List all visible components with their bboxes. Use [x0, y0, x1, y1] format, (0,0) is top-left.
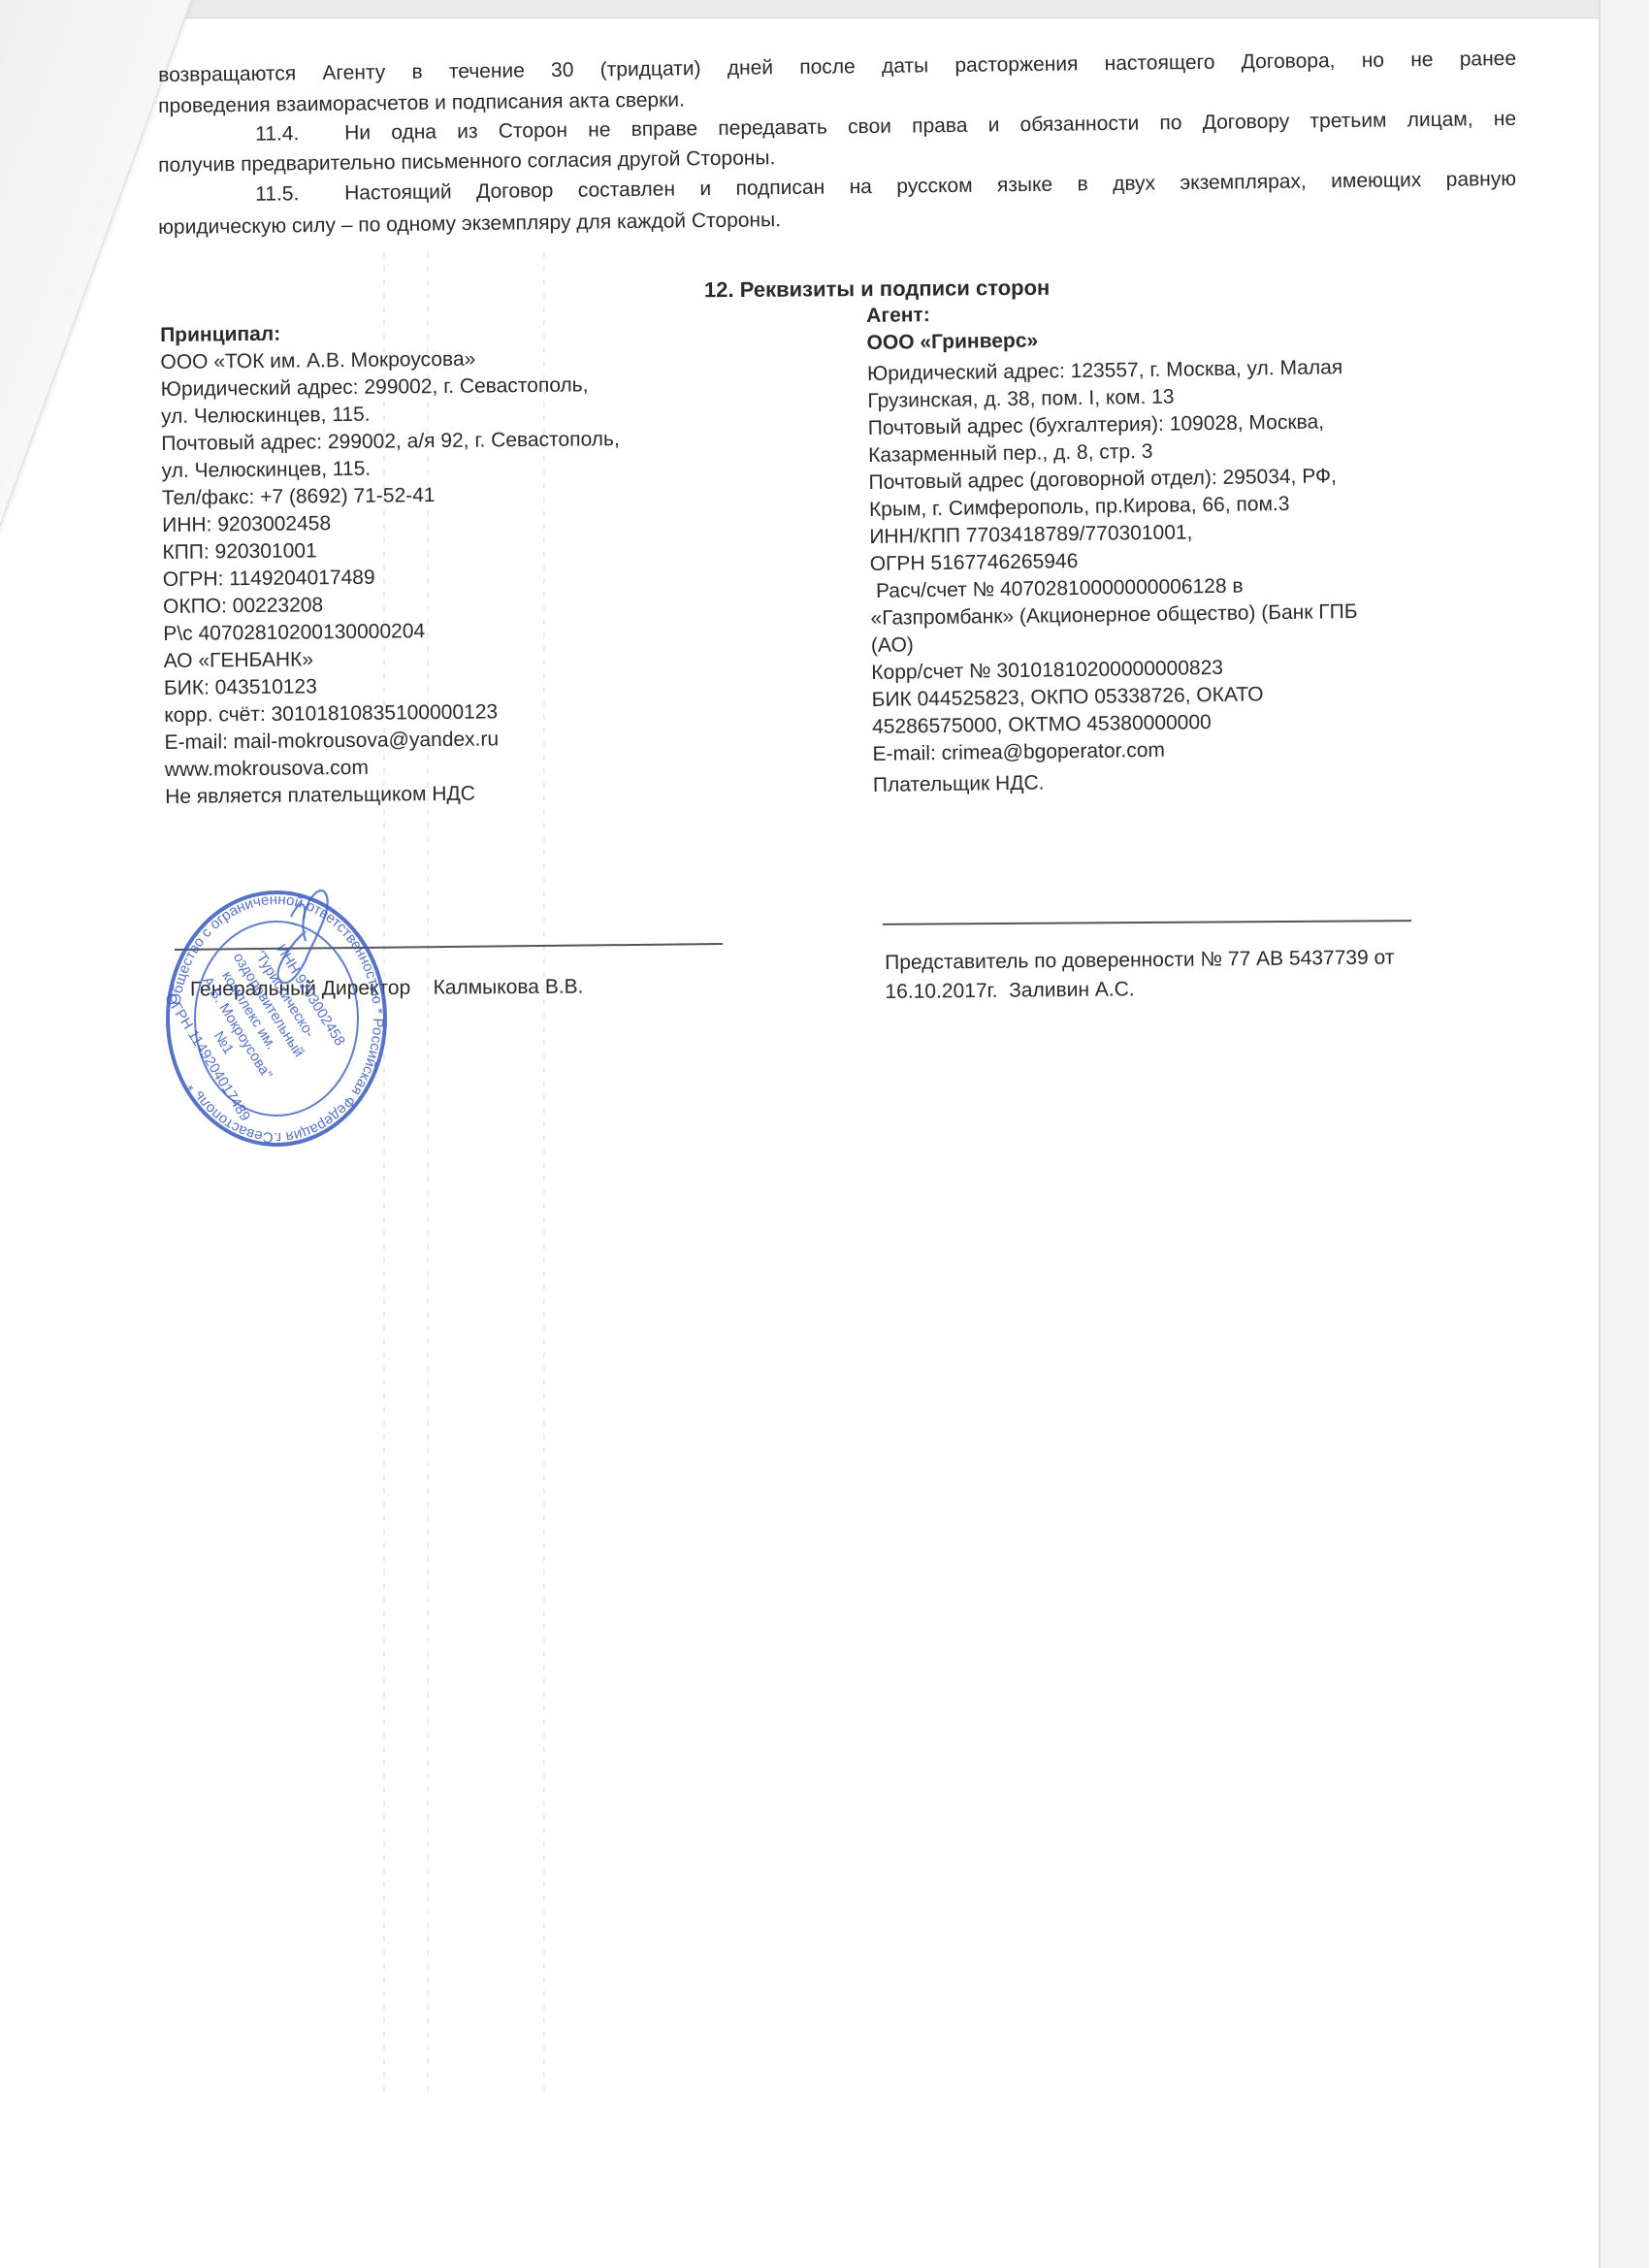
principal-line: Юридический адрес: 299002, г. Севастопол…: [161, 372, 620, 404]
principal-vat-status: Не является плательщиком НДС: [165, 779, 624, 811]
company-seal: Общество с ограниченной ответственностью…: [160, 873, 393, 1154]
principal-line: Почтовый адрес: 299002, а/я 92, г. Севас…: [161, 426, 620, 458]
clause-number: 11.5.: [255, 178, 344, 210]
scan-right-edge: [1599, 0, 1649, 2268]
section-title: 12. Реквизиты и подписи сторон: [704, 275, 1050, 303]
agent-signatory-line: 16.10.2017г. Заливин А.С.: [885, 972, 1395, 1006]
agent-name: ООО «Гринверс»: [866, 323, 1353, 357]
agent-signatory: Представитель по доверенности № 77 АВ 54…: [885, 943, 1395, 1006]
scanned-page: возвращаются Агенту в течение 30 (тридца…: [0, 0, 1649, 2268]
agent-signature-line: [883, 920, 1411, 925]
agent-signatory-line: Представитель по доверенности № 77 АВ 54…: [885, 943, 1395, 977]
agent-details: Агент: ООО «Гринверс» Юридический адрес:…: [866, 296, 1360, 799]
principal-details: Принципал: ООО «ТОК им. А.В. Мокроусова»…: [160, 317, 624, 811]
agent-email: E-mail: crimea@bgoperator.com: [872, 734, 1359, 768]
scan-top-edge: [165, 0, 1620, 18]
seal-icon: Общество с ограниченной ответственностью…: [160, 873, 393, 1154]
clause-number: 11.4.: [255, 118, 344, 149]
agent-vat-status: Плательщик НДС.: [873, 765, 1360, 799]
